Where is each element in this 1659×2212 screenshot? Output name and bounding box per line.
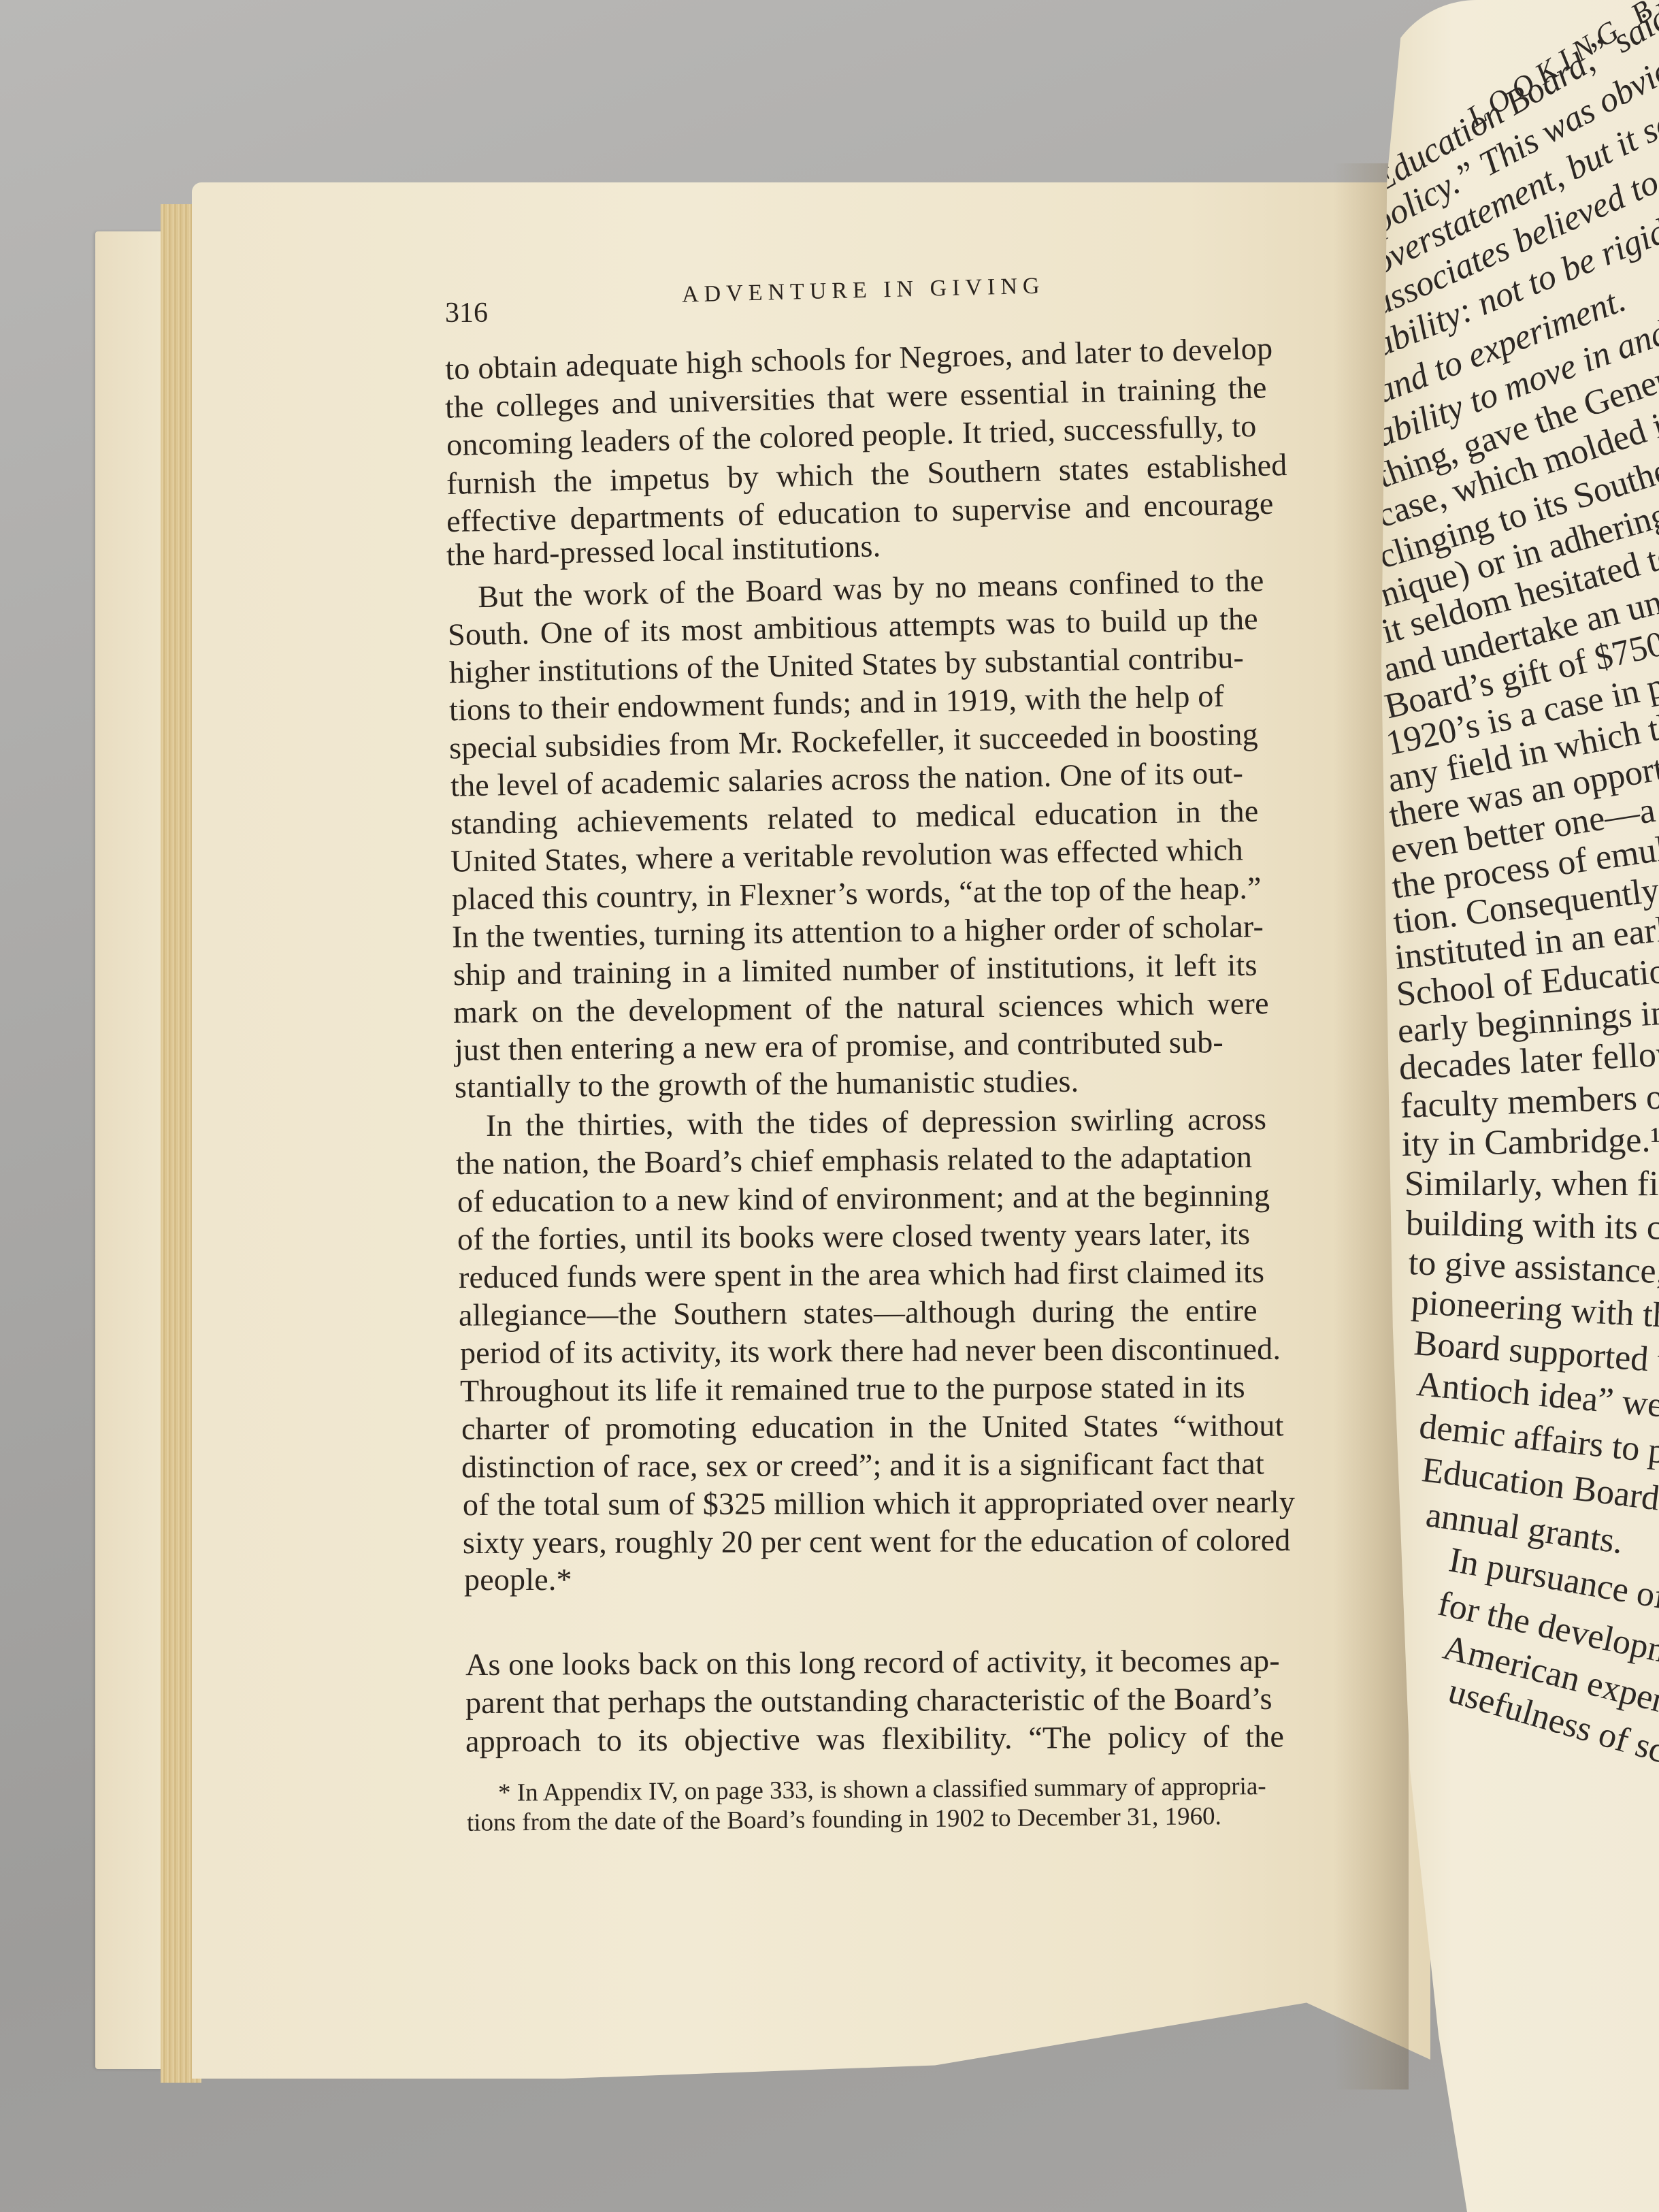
text-line: Similarly, when fire at xyxy=(1405,1164,1659,1204)
text-line: approach to its objective was flexibilit… xyxy=(465,1718,1284,1759)
text-line: building with its classroo xyxy=(1405,1203,1659,1250)
text-line: allegiance—the Southern states—although … xyxy=(459,1292,1258,1333)
text-line: mark on the development of the natural s… xyxy=(453,985,1269,1030)
footnote-line: tions from the date of the Board’s found… xyxy=(467,1802,1221,1838)
page-number: 316 xyxy=(445,297,488,329)
text-line: As one looks back on this long record of… xyxy=(465,1642,1280,1682)
right-page: LOOKING BA Education Board,” said D poli… xyxy=(1381,0,1659,2212)
text-line: ship and training in a limited number of… xyxy=(453,947,1258,992)
text-line: of the total sum of $325 million which i… xyxy=(463,1484,1295,1523)
text-line: reduced funds were spent in the area whi… xyxy=(459,1254,1264,1295)
text-line: of education to a new kind of environmen… xyxy=(457,1177,1270,1219)
text-line: period of its activity, its work there h… xyxy=(460,1331,1281,1371)
text-line: of the forties, until its books were clo… xyxy=(457,1216,1250,1257)
text-line: Throughout its life it remained true to … xyxy=(460,1369,1245,1409)
text-line: just then entering a new era of promise,… xyxy=(455,1024,1223,1068)
text-line: distinction of race, sex or creed”; and … xyxy=(461,1445,1264,1484)
text-line: charter of promoting education in the Un… xyxy=(461,1407,1284,1446)
running-head: ADVENTURE IN GIVING xyxy=(682,273,1045,308)
text-line: sixty years, roughly 20 per cent went fo… xyxy=(463,1522,1291,1561)
text-line: parent that perhaps the outstanding char… xyxy=(465,1680,1272,1721)
text-line: ity in Cambridge.¹ xyxy=(1401,1120,1659,1165)
text-line: people.* xyxy=(464,1561,572,1597)
text-line: stantially to the growth of the humanist… xyxy=(455,1063,1079,1105)
text-line: the nation, the Board’s chief emphasis r… xyxy=(456,1139,1253,1182)
left-page: 316 ADVENTURE IN GIVING to obtain adequa… xyxy=(192,182,1430,2079)
text-line: In the thirties, with the tides of depre… xyxy=(486,1101,1267,1143)
